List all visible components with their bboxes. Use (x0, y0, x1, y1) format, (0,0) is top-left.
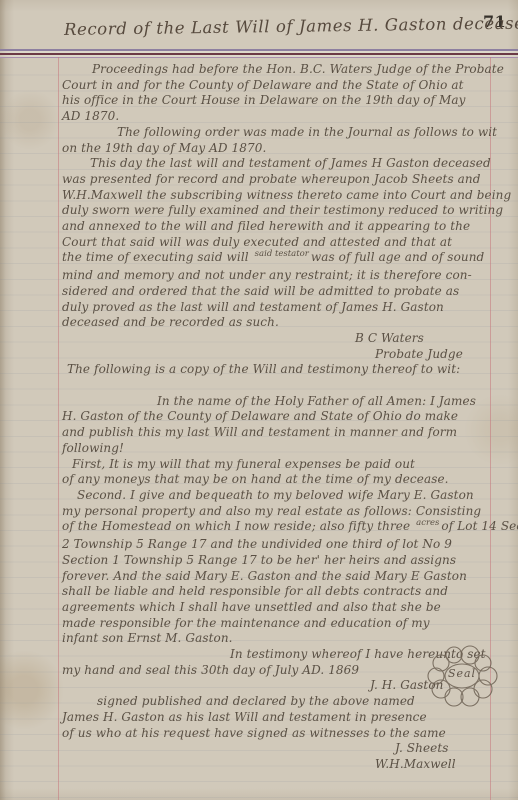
text-line: In the name of the Holy Father of all Am… (157, 394, 502, 410)
text-line: of any moneys that may be on hand at the… (62, 472, 502, 488)
text-line: and annexed to the will and filed herewi… (62, 219, 502, 235)
text-line: James H. Gaston as his last Will and tes… (62, 710, 502, 726)
text-line: The following is a copy of the Will and … (67, 362, 502, 378)
interlineation: said testator (255, 249, 309, 259)
text-line: of the Homestead on which I now reside; … (62, 519, 502, 537)
text-line: and publish this my last Will and testam… (62, 425, 502, 441)
text-line: duly sworn were fully examined and their… (62, 203, 502, 219)
text-line: J. Sheets (395, 741, 502, 757)
text-line: made responsible for the maintenance and… (62, 616, 502, 632)
text-line: on the 19th day of May AD 1870. (62, 141, 502, 157)
text-line: B C Waters (355, 331, 502, 347)
text-line: Section 1 Township 5 Range 17 to be her'… (62, 553, 502, 569)
text-line: forever. And the said Mary E. Gaston and… (62, 569, 502, 585)
text-line: his office in the Court House in Delawar… (62, 93, 502, 109)
text-line: 2 Township 5 Range 17 and the undivided … (62, 537, 502, 553)
text-line: Second. I give and bequeath to my belove… (77, 488, 502, 504)
text-line: sidered and ordered that the said will b… (62, 284, 502, 300)
text-line: following! (62, 441, 502, 457)
text-line: shall be liable and held responsible for… (62, 584, 502, 600)
text-line: of us who at his request have signed as … (62, 726, 502, 742)
text-line: deceased and be recorded as such. (62, 315, 502, 331)
text-line: duly proved as the last will and testame… (62, 300, 502, 316)
text-line: Court in and for the County of Delaware … (62, 78, 502, 94)
text-line (62, 378, 502, 394)
text-line: mind and memory and not under any restra… (62, 268, 502, 284)
text-line: This day the last will and testament of … (90, 156, 502, 172)
text-line: W.H.Maxwell (375, 757, 502, 773)
text-line: was presented for record and probate whe… (62, 172, 502, 188)
header-rule-purple-bottom (0, 57, 518, 59)
text-line: Probate Judge (375, 347, 502, 363)
header-rule (0, 49, 518, 58)
text-line: H. Gaston of the County of Delaware and … (62, 409, 502, 425)
text-line: W.H.Maxwell the subscribing witness ther… (62, 188, 502, 204)
interlineation: acres (416, 518, 439, 528)
text-line: First, It is my will that my funeral exp… (72, 457, 502, 473)
seal-label: Seal (424, 667, 500, 680)
text-line: Proceedings had before the Hon. B.C. Wat… (92, 62, 502, 78)
text-line: the time of executing said will said tes… (62, 250, 502, 268)
text-line: AD 1870. (62, 109, 502, 125)
text-line: agreements which I shall have unsettled … (62, 600, 502, 616)
left-margin-line (58, 57, 59, 800)
ledger-page: 71 Record of the Last Will of James H. G… (0, 0, 518, 800)
page-title: Record of the Last Will of James H. Gast… (64, 14, 494, 39)
hand-drawn-seal: Seal (424, 641, 500, 711)
text-line: The following order was made in the Jour… (117, 125, 502, 141)
